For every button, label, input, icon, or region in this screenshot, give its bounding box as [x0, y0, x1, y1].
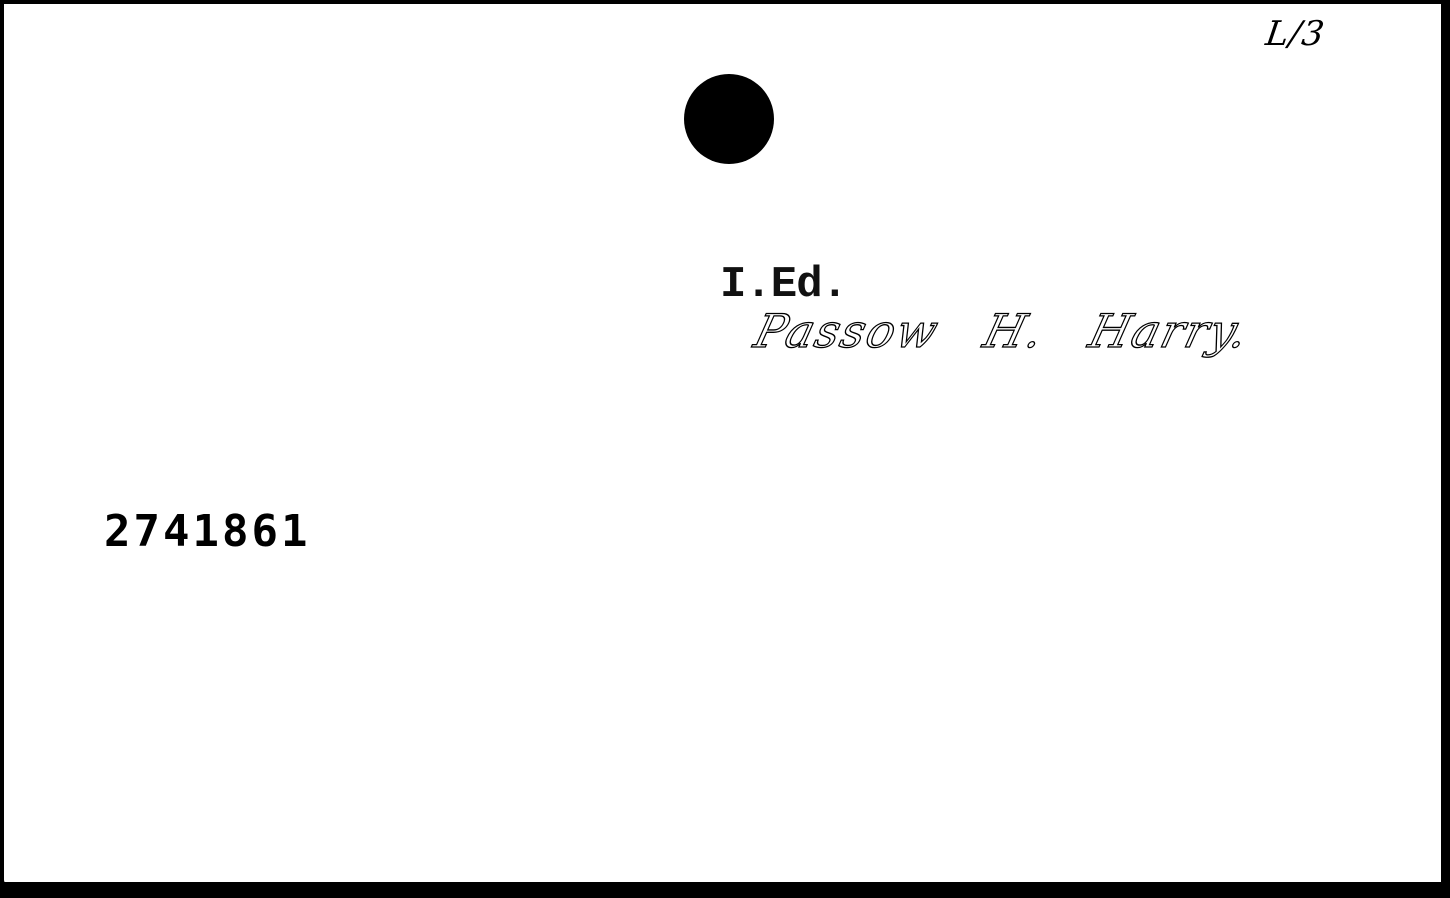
handwritten-name: Passow H. Harry. [749, 304, 1255, 358]
scan-border [0, 882, 1450, 898]
index-card: L/3 I.Ed. Passow H. Harry. 2741861 [4, 4, 1441, 884]
serial-number: 2741861 [104, 506, 310, 557]
corner-code: L/3 [1263, 14, 1327, 54]
punch-hole-icon [684, 74, 774, 164]
department-label: I.Ed. [720, 260, 847, 310]
